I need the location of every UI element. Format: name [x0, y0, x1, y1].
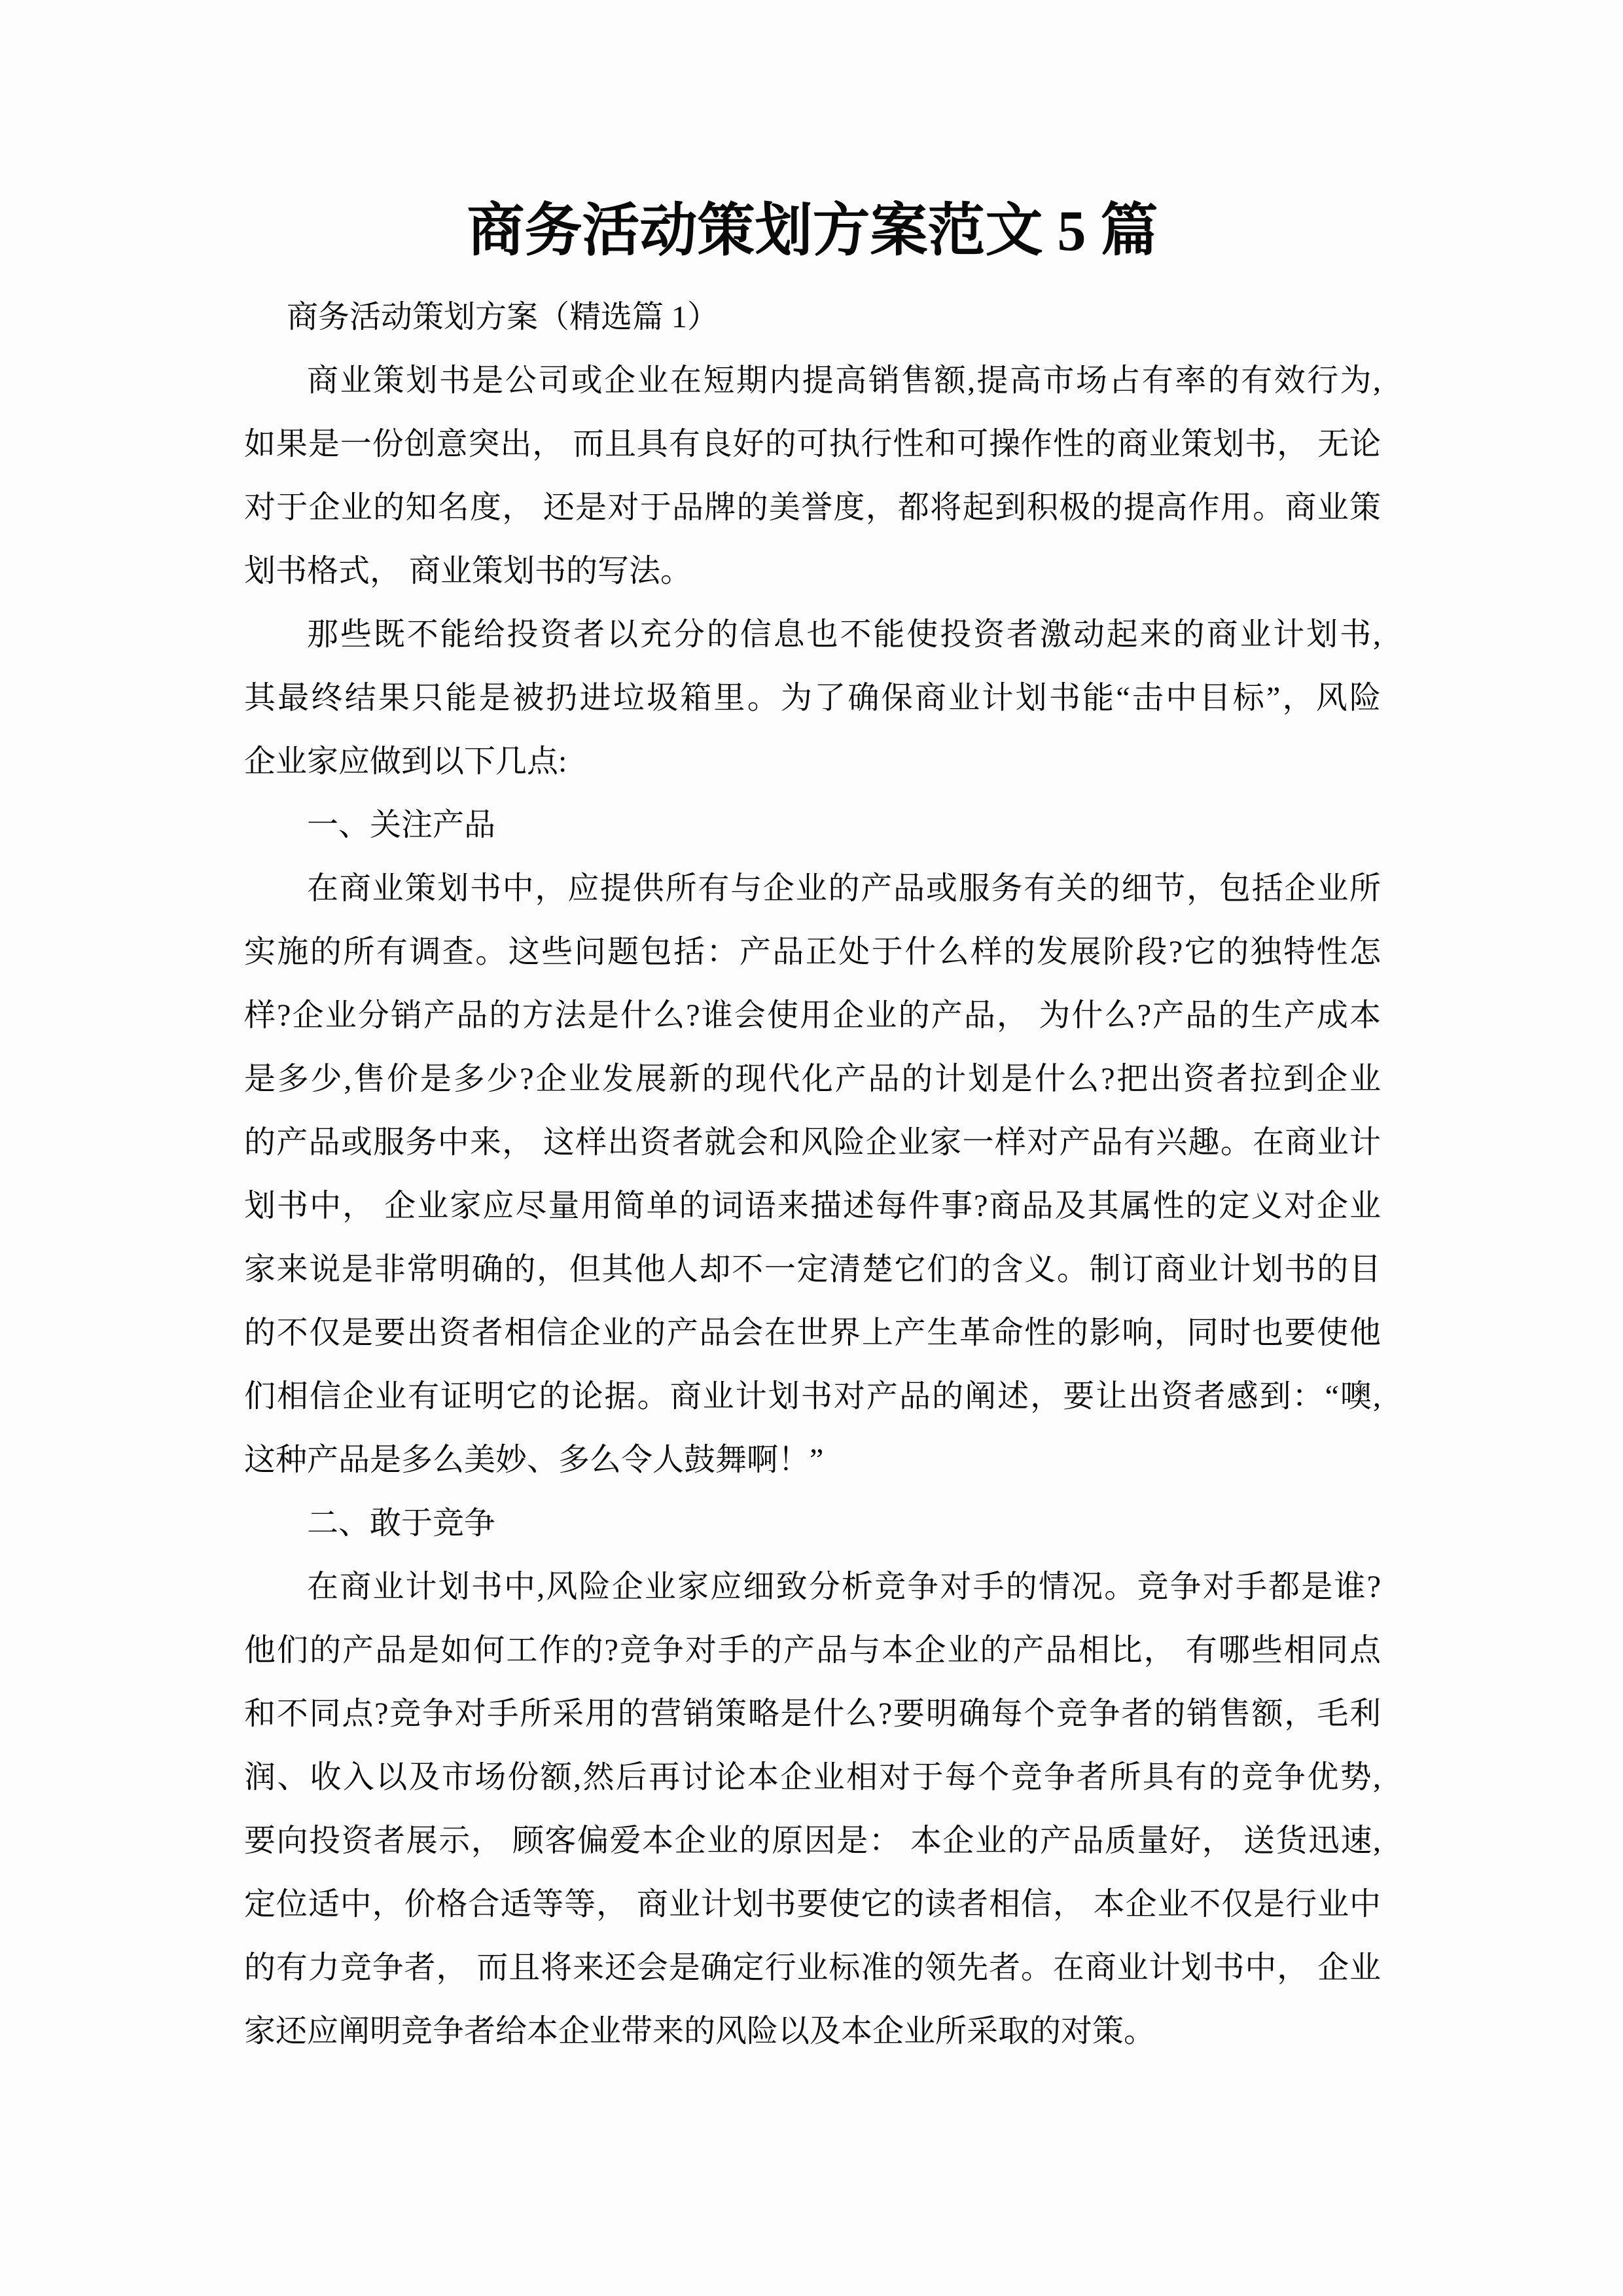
document-body: 商务活动策划方案（精选篇 1）商业策划书是公司或企业在短期内提高销售额,提高市场… — [244, 285, 1381, 2063]
text-line: 的不仅是要出资者相信企业的产品会在世界上产生革命性的影响，同时也要使他 — [244, 1301, 1381, 1365]
text-line: 对于企业的知名度， 还是对于品牌的美誉度，都将起到积极的提高作用。商业策 — [244, 476, 1381, 539]
text-line: 二、敢于竞争 — [244, 1492, 1381, 1555]
text-line: 划书中， 企业家应尽量用简单的词语来描述每件事?商品及其属性的定义对企业 — [244, 1174, 1381, 1238]
text-line: 家还应阐明竞争者给本企业带来的风险以及本企业所采取的对策。 — [244, 2000, 1381, 2063]
text-line: 在商业计划书中,风险企业家应细致分析竞争对手的情况。竞争对手都是谁? — [244, 1555, 1381, 1619]
text-line: 是多少,售价是多少?企业发展新的现代化产品的计划是什么?把出资者拉到企业 — [244, 1047, 1381, 1111]
text-line: 那些既不能给投资者以充分的信息也不能使投资者激动起来的商业计划书, — [244, 603, 1381, 666]
text-line: 们相信企业有证明它的论据。商业计划书对产品的阐述，要让出资者感到：“噢, — [244, 1365, 1381, 1428]
text-line: 他们的产品是如何工作的?竞争对手的产品与本企业的产品相比， 有哪些相同点 — [244, 1619, 1381, 1682]
text-line: 这种产品是多么美妙、多么令人鼓舞啊！” — [244, 1428, 1381, 1492]
text-line: 一、关注产品 — [244, 793, 1381, 857]
text-line: 在商业策划书中，应提供所有与企业的产品或服务有关的细节，包括企业所 — [244, 857, 1381, 920]
text-line: 划书格式， 商业策划书的写法。 — [244, 539, 1381, 603]
text-line: 如果是一份创意突出， 而且具有良好的可执行性和可操作性的商业策划书， 无论 — [244, 412, 1381, 476]
text-line: 企业家应做到以下几点: — [244, 730, 1381, 793]
text-line: 样?企业分销产品的方法是什么?谁会使用企业的产品， 为什么?产品的生产成本 — [244, 984, 1381, 1047]
text-line: 商业策划书是公司或企业在短期内提高销售额,提高市场占有率的有效行为, — [244, 349, 1381, 412]
text-line: 实施的所有调查。这些问题包括：产品正处于什么样的发展阶段?它的独特性怎 — [244, 920, 1381, 984]
text-line: 润、收入以及市场份额,然后再讨论本企业相对于每个竞争者所具有的竞争优势, — [244, 1746, 1381, 1809]
text-line: 和不同点?竞争对手所采用的营销策略是什么?要明确每个竞争者的销售额，毛利 — [244, 1682, 1381, 1746]
text-line: 定位适中，价格合适等等， 商业计划书要使它的读者相信， 本企业不仅是行业中 — [244, 1873, 1381, 1936]
document-page: 商务活动策划方案范文 5 篇 商务活动策划方案（精选篇 1）商业策划书是公司或企… — [0, 0, 1623, 2296]
text-line: 要向投资者展示， 顾客偏爱本企业的原因是： 本企业的产品质量好， 送货迅速, — [244, 1809, 1381, 1873]
text-line: 商务活动策划方案（精选篇 1） — [244, 285, 1381, 349]
text-line: 家来说是非常明确的，但其他人却不一定清楚它们的含义。制订商业计划书的目 — [244, 1238, 1381, 1301]
text-line: 的产品或服务中来， 这样出资者就会和风险企业家一样对产品有兴趣。在商业计 — [244, 1111, 1381, 1174]
page-title: 商务活动策划方案范文 5 篇 — [244, 200, 1381, 264]
text-line: 其最终结果只能是被扔进垃圾箱里。为了确保商业计划书能“击中目标”，风险 — [244, 666, 1381, 730]
text-line: 的有力竞争者， 而且将来还会是确定行业标准的领先者。在商业计划书中， 企业 — [244, 1936, 1381, 2000]
